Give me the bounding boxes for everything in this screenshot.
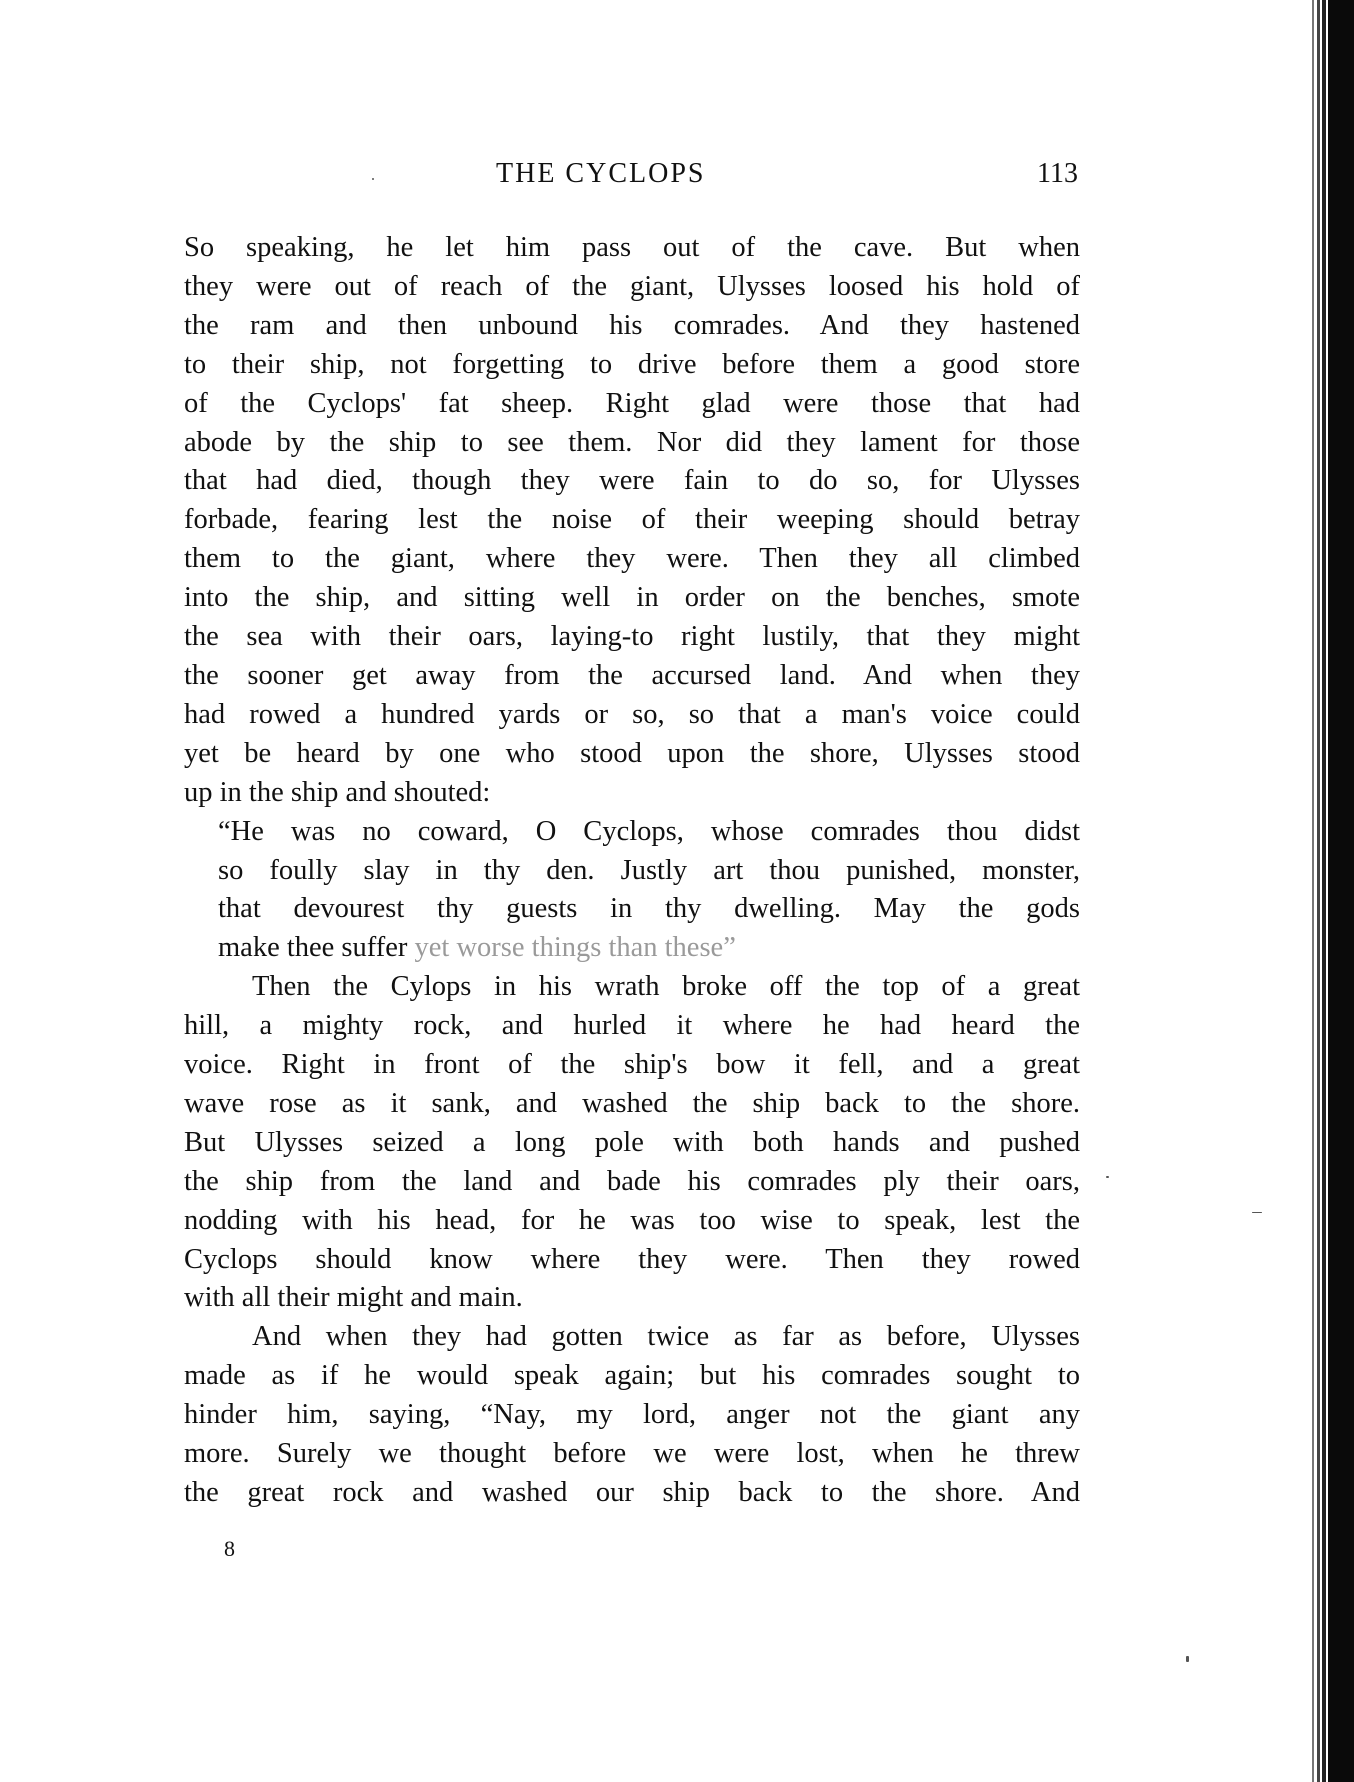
scan-speck xyxy=(1106,1176,1109,1178)
text-line: Cyclops should know where they were. The… xyxy=(150,1241,1080,1280)
text-line: the ship from the land and bade his comr… xyxy=(150,1163,1080,1202)
text-line: with all their might and main. xyxy=(150,1279,1080,1318)
text-line: “He was no coward, O Cyclops, whose comr… xyxy=(184,813,1080,852)
paragraph-4: And when they had gotten twice as far as… xyxy=(184,1318,1080,1513)
text-line: make thee suffer yet worse things than t… xyxy=(184,929,1080,968)
scan-speck xyxy=(372,178,374,180)
text-line: made as if he would speak again; but his… xyxy=(150,1357,1080,1396)
text-line: forbade, fearing lest the noise of their… xyxy=(184,501,1080,540)
text-line: voice. Right in front of the ship's bow … xyxy=(150,1046,1080,1085)
text-line: to their ship, not forgetting to drive b… xyxy=(184,346,1080,385)
text-line: wave rose as it sank, and washed the shi… xyxy=(150,1085,1080,1124)
scan-speck xyxy=(1252,1212,1262,1213)
book-page: THE CYCLOPS 113 So speaking, he let him … xyxy=(0,0,1354,1782)
text-line: had rowed a hundred yards or so, so that… xyxy=(184,696,1080,735)
faded-text-fragment: yet worse things than these” xyxy=(415,932,736,963)
body-text: So speaking, he let him pass out of the … xyxy=(184,229,1080,1513)
running-title: THE CYCLOPS xyxy=(496,158,705,190)
text-line: that devourest thy guests in thy dwellin… xyxy=(184,890,1080,929)
text-line: the sooner get away from the accursed la… xyxy=(184,657,1080,696)
text-line: nodding with his head, for he was too wi… xyxy=(150,1202,1080,1241)
text-line: yet be heard by one who stood upon the s… xyxy=(184,735,1080,774)
text-line: hill, a mighty rock, and hurled it where… xyxy=(150,1007,1080,1046)
text-line: them to the giant, where they were. Then… xyxy=(184,540,1080,579)
paragraph-3: Then the Cylops in his wrath broke off t… xyxy=(184,968,1080,1318)
text-line: they were out of reach of the giant, Uly… xyxy=(184,268,1080,307)
text-line: the ram and then unbound his comrades. A… xyxy=(184,307,1080,346)
paragraph-1: So speaking, he let him pass out of the … xyxy=(184,229,1080,813)
page-header: THE CYCLOPS 113 xyxy=(184,158,1078,198)
page-number: 113 xyxy=(1037,158,1078,190)
text-line: So speaking, he let him pass out of the … xyxy=(184,229,1080,268)
text-line: hinder him, saying, “Nay, my lord, anger… xyxy=(150,1396,1080,1435)
text-line: so foully slay in thy den. Justly art th… xyxy=(184,852,1080,891)
text-fragment: make thee suffer xyxy=(218,932,415,963)
text-line: of the Cyclops' fat sheep. Right glad we… xyxy=(184,385,1080,424)
text-line: up in the ship and shouted: xyxy=(184,774,1080,813)
text-line: Then the Cylops in his wrath broke off t… xyxy=(184,968,1080,1007)
signature-mark: 8 xyxy=(224,1536,235,1562)
text-line: that had died, though they were fain to … xyxy=(184,462,1080,501)
scan-speck xyxy=(1186,1656,1189,1662)
paragraph-2: “He was no coward, O Cyclops, whose comr… xyxy=(184,813,1080,969)
text-line: into the ship, and sitting well in order… xyxy=(184,579,1080,618)
text-line: But Ulysses seized a long pole with both… xyxy=(150,1124,1080,1163)
text-line: the great rock and washed our ship back … xyxy=(150,1474,1080,1513)
text-line: abode by the ship to see them. Nor did t… xyxy=(184,424,1080,463)
text-line: more. Surely we thought before we were l… xyxy=(150,1435,1080,1474)
text-line: And when they had gotten twice as far as… xyxy=(184,1318,1080,1357)
text-line: the sea with their oars, laying-to right… xyxy=(184,618,1080,657)
book-binding-edge xyxy=(1310,0,1354,1782)
